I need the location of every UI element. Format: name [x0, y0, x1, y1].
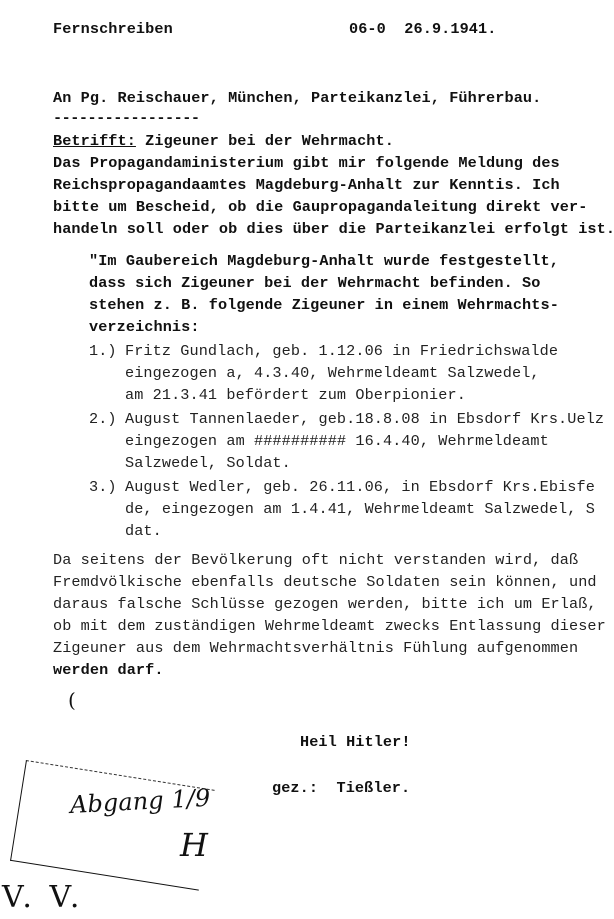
list-item-line: August Wedler, geb. 26.11.06, in Ebsdorf… — [125, 478, 595, 496]
closing-line: Da seitens der Bevölkerung oft nicht ver… — [53, 551, 578, 569]
closing-line: werden darf. — [53, 661, 164, 679]
intro-line: Das Propagandaministerium gibt mir folge… — [53, 154, 560, 172]
list-item-number: 2.) — [89, 410, 117, 428]
quote-line: verzeichnis: — [89, 318, 200, 336]
document-type-label: Fernschreiben — [53, 20, 173, 38]
list-item-line: August Tannenlaeder, geb.18.8.08 in Ebsd… — [125, 410, 604, 428]
list-item-line: dat. — [125, 522, 162, 540]
document-date: 26.9.1941. — [404, 20, 496, 38]
stamp-handwriting: Abgang 1/9 — [69, 784, 211, 819]
list-item-line: Fritz Gundlach, geb. 1.12.06 in Friedric… — [125, 342, 558, 360]
quote-line: dass sich Zigeuner bei der Wehrmacht bef… — [89, 274, 541, 292]
quote-line: stehen z. B. folgende Zigeuner in einem … — [89, 296, 559, 314]
list-item-line: am 21.3.41 befördert zum Oberpionier. — [125, 386, 466, 404]
list-item-line: de, eingezogen am 1.4.41, Wehrmeldeamt S… — [125, 500, 595, 518]
intro-line: bitte um Bescheid, ob die Gaupropagandal… — [53, 198, 587, 216]
margin-handwriting: V. V. — [2, 880, 83, 915]
divider-rule: ----------------- — [53, 109, 199, 127]
addressee-line: An Pg. Reischauer, München, Parteikanzle… — [53, 89, 541, 107]
intro-line: Reichspropagandaamtes Magdeburg-Anhalt z… — [53, 176, 560, 194]
header-reference-date: 06-0 26.9.1941. — [349, 20, 496, 38]
subject-label: Betrifft: — [53, 132, 136, 150]
stamp-initial: H — [180, 826, 208, 864]
subject-text: Zigeuner bei der Wehrmacht. — [136, 132, 394, 150]
subject-line: Betrifft: Zigeuner bei der Wehrmacht. — [53, 132, 394, 150]
intro-line: handeln soll oder ob dies über die Parte… — [53, 220, 614, 238]
list-item-line: eingezogen am ########## 16.4.40, Wehrme… — [125, 432, 549, 450]
closing-line: daraus falsche Schlüsse gezogen werden, … — [53, 595, 597, 613]
list-item-line: eingezogen a, 4.3.40, Wehrmeldeamt Salzw… — [125, 364, 540, 382]
list-item-line: Salzwedel, Soldat. — [125, 454, 291, 472]
salutation: Heil Hitler! — [300, 733, 411, 751]
closing-line: ob mit dem zuständigen Wehrmeldeamt zwec… — [53, 617, 606, 635]
closing-line: Zigeuner aus dem Wehrmachtsverhältnis Fü… — [53, 639, 578, 657]
reference-number: 06-0 — [349, 20, 386, 38]
list-item-number: 3.) — [89, 478, 117, 496]
signature: gez.: Tießler. — [272, 779, 410, 797]
closing-line: Fremdvölkische ebenfalls deutsche Soldat… — [53, 573, 597, 591]
handwritten-paren-mark: ( — [68, 688, 76, 712]
list-item-number: 1.) — [89, 342, 117, 360]
quote-line: "Im Gaubereich Magdeburg-Anhalt wurde fe… — [89, 252, 559, 270]
